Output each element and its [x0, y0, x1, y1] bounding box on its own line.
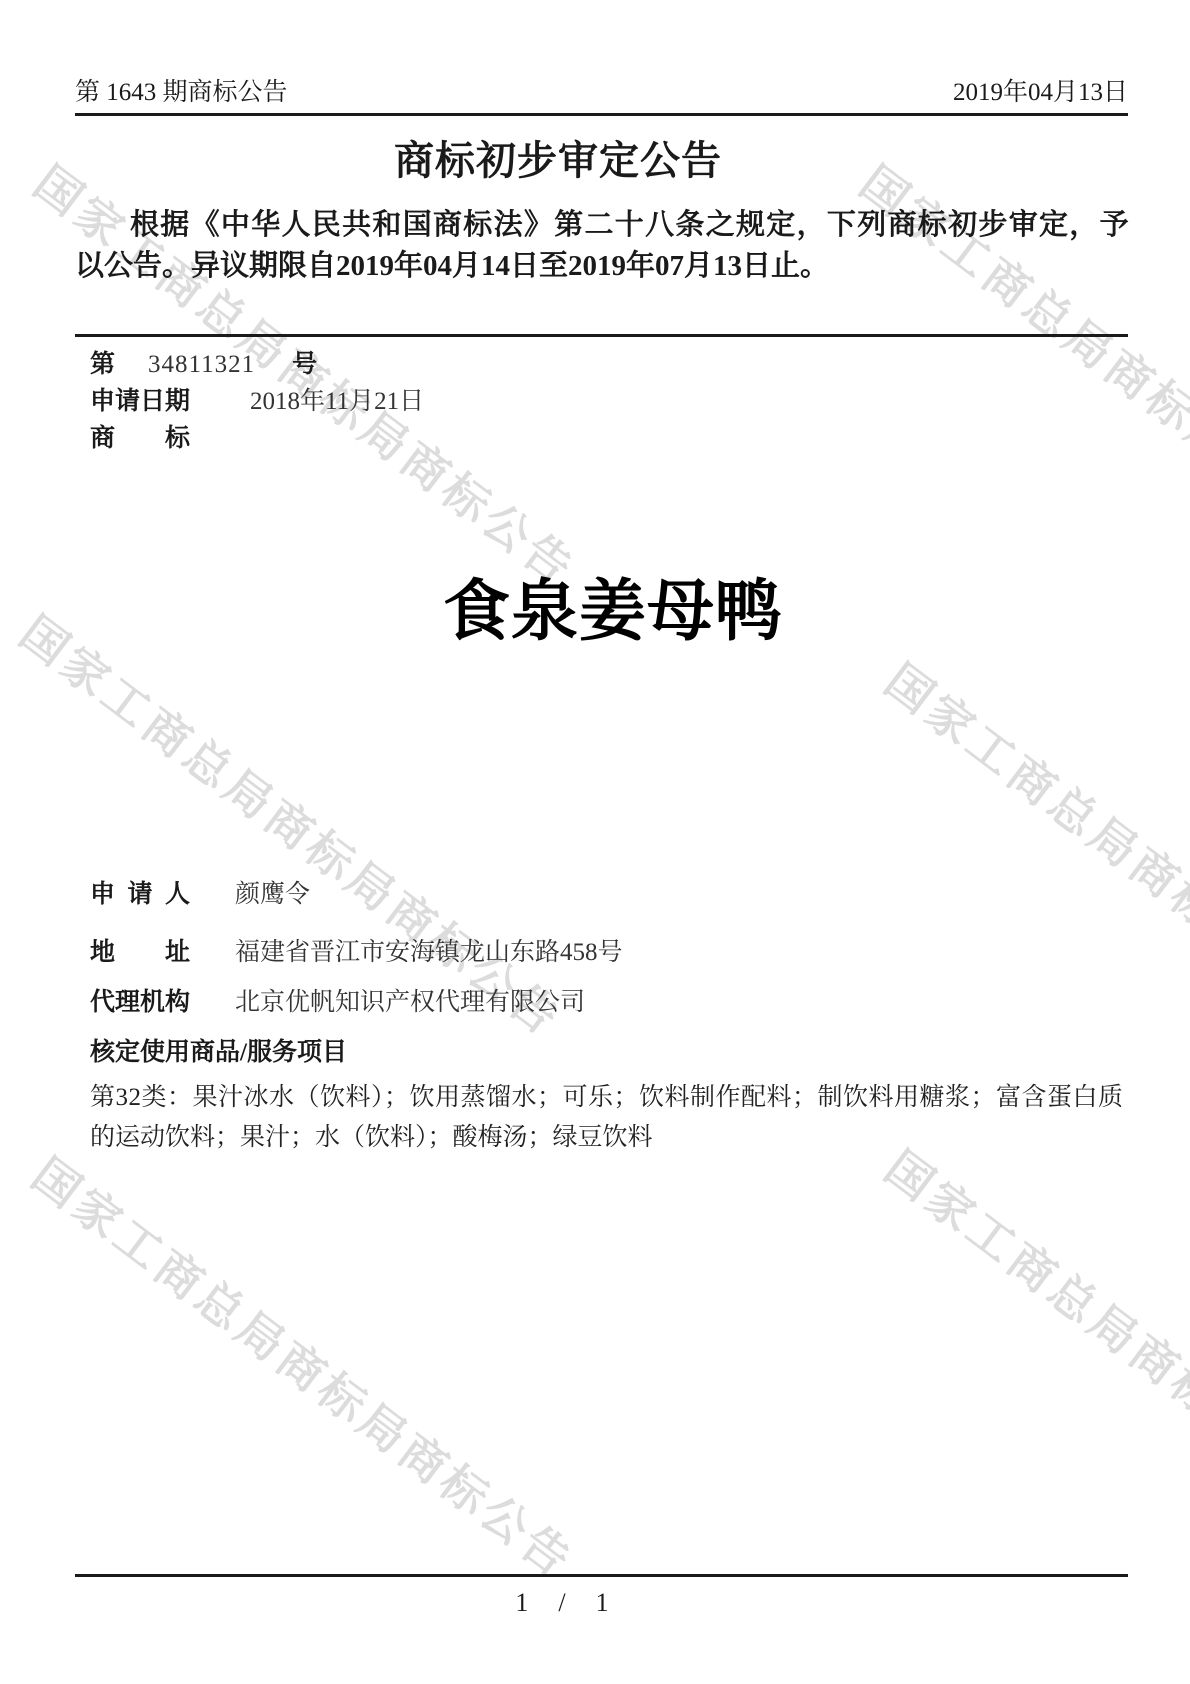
- footer-rule: [75, 1574, 1128, 1577]
- address-label: 地址: [90, 932, 190, 968]
- intro-line: 以公告。异议期限自2019年04月14日至2019年07月13日止。: [75, 246, 1131, 287]
- application-date-row: 申请日期2018年11月21日: [90, 381, 424, 417]
- goods-services-list: 第32类：果汁冰水（饮料）；饮用蒸馏水；可乐；饮料制作配料；制饮料用糖浆；富含蛋…: [90, 1078, 1130, 1158]
- applicant-value: 颜鹰令: [235, 881, 310, 908]
- registration-number-prefix: 第: [90, 351, 115, 378]
- section-rule: [75, 334, 1128, 337]
- goods-line: 第32类：果汁冰水（饮料）；饮用蒸馏水；可乐；饮料制作配料；制饮料用糖浆；富含蛋…: [90, 1078, 1130, 1118]
- page-total: 1: [596, 1588, 609, 1617]
- page-separator: /: [558, 1588, 565, 1617]
- intro-paragraph: 根据《中华人民共和国商标法》第二十八条之规定，下列商标初步审定，予 以公告。异议…: [75, 205, 1131, 287]
- page-current: 1: [515, 1588, 528, 1617]
- agency-row: 代理机构北京优帆知识产权代理有限公司: [90, 982, 585, 1018]
- goods-services-heading: 核定使用商品/服务项目: [90, 1032, 347, 1068]
- header-issue-number: 第 1643 期商标公告: [75, 72, 288, 108]
- registration-number-suffix: 号: [292, 351, 317, 378]
- agency-value: 北京优帆知识产权代理有限公司: [235, 989, 585, 1016]
- header-date: 2019年04月13日: [953, 72, 1128, 108]
- trademark-image-text: 食泉姜母鸭: [18, 558, 1190, 654]
- applicant-label: 申请人: [90, 874, 190, 910]
- watermark-text: 国家工商总局商标局商标公告: [20, 1140, 589, 1592]
- address-row: 地址福建省晋江市安海镇龙山东路458号: [90, 932, 623, 968]
- trademark-label-row: 商标: [90, 418, 190, 454]
- gazette-page: 国家工商总局商标局商标公告 国家工商总局商标局商标公告 国家工商总局商标局商标公…: [0, 0, 1190, 1684]
- trademark-label: 商标: [90, 418, 190, 454]
- page-indicator: 1/1: [0, 1588, 1157, 1618]
- goods-line: 的运动饮料；果汁；水（饮料）；酸梅汤；绿豆饮料: [90, 1118, 1130, 1158]
- intro-line: 根据《中华人民共和国商标法》第二十八条之规定，下列商标初步审定，予: [75, 205, 1131, 246]
- registration-number-row: 第34811321号: [90, 344, 317, 380]
- registration-number: 34811321: [148, 351, 255, 378]
- application-date-value: 2018年11月21日: [250, 388, 424, 415]
- application-date-label: 申请日期: [90, 381, 190, 417]
- page-title: 商标初步审定公告: [0, 129, 1153, 186]
- agency-label: 代理机构: [90, 982, 190, 1018]
- address-value: 福建省晋江市安海镇龙山东路458号: [235, 939, 623, 966]
- watermark-text: 国家工商总局商标局商标公告: [873, 1133, 1190, 1585]
- header-rule: [75, 113, 1128, 116]
- applicant-row: 申请人颜鹰令: [90, 874, 310, 910]
- watermark-text: 国家工商总局商标局商标公告: [873, 646, 1190, 1098]
